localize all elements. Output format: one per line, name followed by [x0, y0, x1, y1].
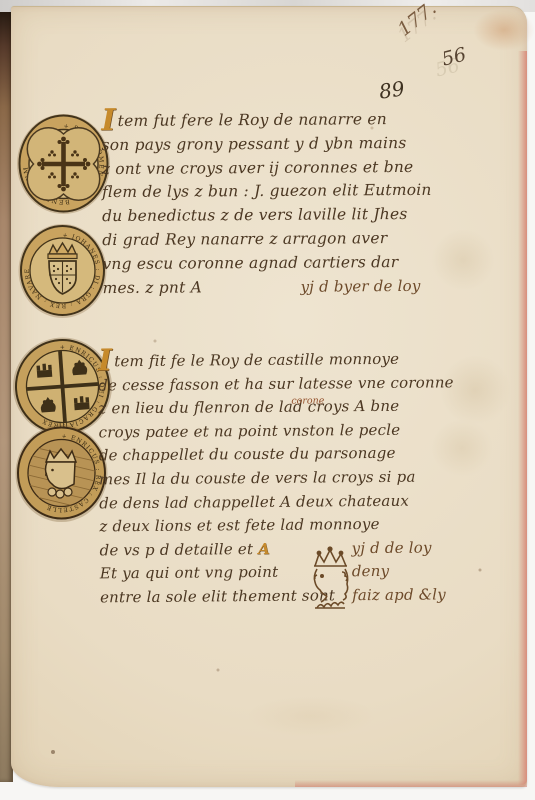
text-line: de vs p d detaille et A yj d de loy: [100, 536, 420, 562]
text-line: z deux lions et est fete lad monnoye: [99, 513, 419, 539]
decorated-initial: I: [101, 103, 115, 138]
text-line: Item fut fere le Roy de nanarre en: [101, 108, 411, 134]
paper-stain: [431, 229, 495, 291]
paragraph-1: Item fut fere le Roy de nanarre en son p…: [101, 108, 412, 301]
text-line-9: de vs p d detaille et: [100, 540, 254, 559]
marginal-note: faiz apd &ly: [352, 583, 446, 607]
paper-specks: [11, 7, 13, 9]
text-line-1: tem fit fe le Roy de castille monnoye: [114, 350, 399, 370]
text-line: du benedictus z de vers laville lit Jhes: [102, 203, 412, 229]
crowned-bust: [46, 449, 77, 498]
gold-mark: A: [258, 540, 270, 558]
interlinear-gloss: corone: [291, 389, 324, 413]
text-line: z ont vne croys aver ij coronnes et bne: [102, 156, 412, 182]
text-line: croys patee et na point vnston le pecle: [98, 418, 418, 444]
text-line: flem de lys z bun : J. guezon elit Eutmo…: [102, 179, 412, 205]
paragraph-2: Item fit fe le Roy de castille monnoye d…: [98, 348, 420, 610]
page-edge-red-tint: [518, 51, 527, 785]
paper-stain: [431, 419, 493, 477]
page-number-89: 89: [377, 76, 406, 103]
coin-illustration-crowned-bust: + ENRICUS : REX : CASTELLE: [14, 424, 109, 524]
decorated-initial: I: [98, 343, 113, 378]
value-annotation: yj d byer de loy: [300, 274, 420, 299]
text-line-8: mes. z pnt A: [103, 278, 203, 297]
text-line: entre la sole elit thement sont faiz apd…: [100, 584, 420, 610]
text-line-1: tem fut fere le Roy de nanarre en: [118, 110, 387, 130]
text-line: Et ya qui ont vng point deny: [100, 560, 420, 586]
text-line: di grad Rey nanarre z arragon aver: [102, 227, 412, 253]
text-line-11: entre la sole elit thement sont: [100, 586, 335, 606]
paper-stain: [246, 695, 376, 737]
paper-stain: [473, 9, 535, 51]
crowned-profile: [314, 547, 348, 608]
text-line: Item fit fe le Roy de castille monnoye: [98, 348, 418, 374]
page-edge-red-tint-bottom: [295, 780, 527, 787]
text-line: son pays grony pessant y d ybn mains: [102, 132, 412, 158]
text-line: de cesse fasson et ha sur latesse vne co…: [98, 371, 418, 397]
text-line: z en lieu du flenron de lad croys A bne: [98, 395, 418, 421]
coin-illustration-crowned-shield: + IOHANES : DI : GRA : REX : NAVARE: [18, 223, 107, 318]
king-head-drawing: [305, 542, 357, 620]
coin-illustration-cross-fleury: + SIT : NOMEN : DNI : BENEDICTUM: [16, 112, 111, 215]
text-line: de dens lad chappellet A deux chateaux: [99, 489, 419, 515]
crown: [48, 243, 77, 259]
marginal-note: deny: [352, 560, 390, 584]
value-annotation: yj d de loy: [352, 536, 432, 560]
text-line: mes Il la du couste de vers la croys si …: [99, 466, 419, 492]
text-line: vng escu coronne agnad cartiers dar: [102, 251, 412, 277]
text-line: mes. z pnt A yj d byer de loy: [103, 274, 413, 300]
text-line: de chappellet du couste du parsonage: [99, 442, 419, 468]
text-line-10: Et ya qui ont vng point: [100, 563, 279, 583]
